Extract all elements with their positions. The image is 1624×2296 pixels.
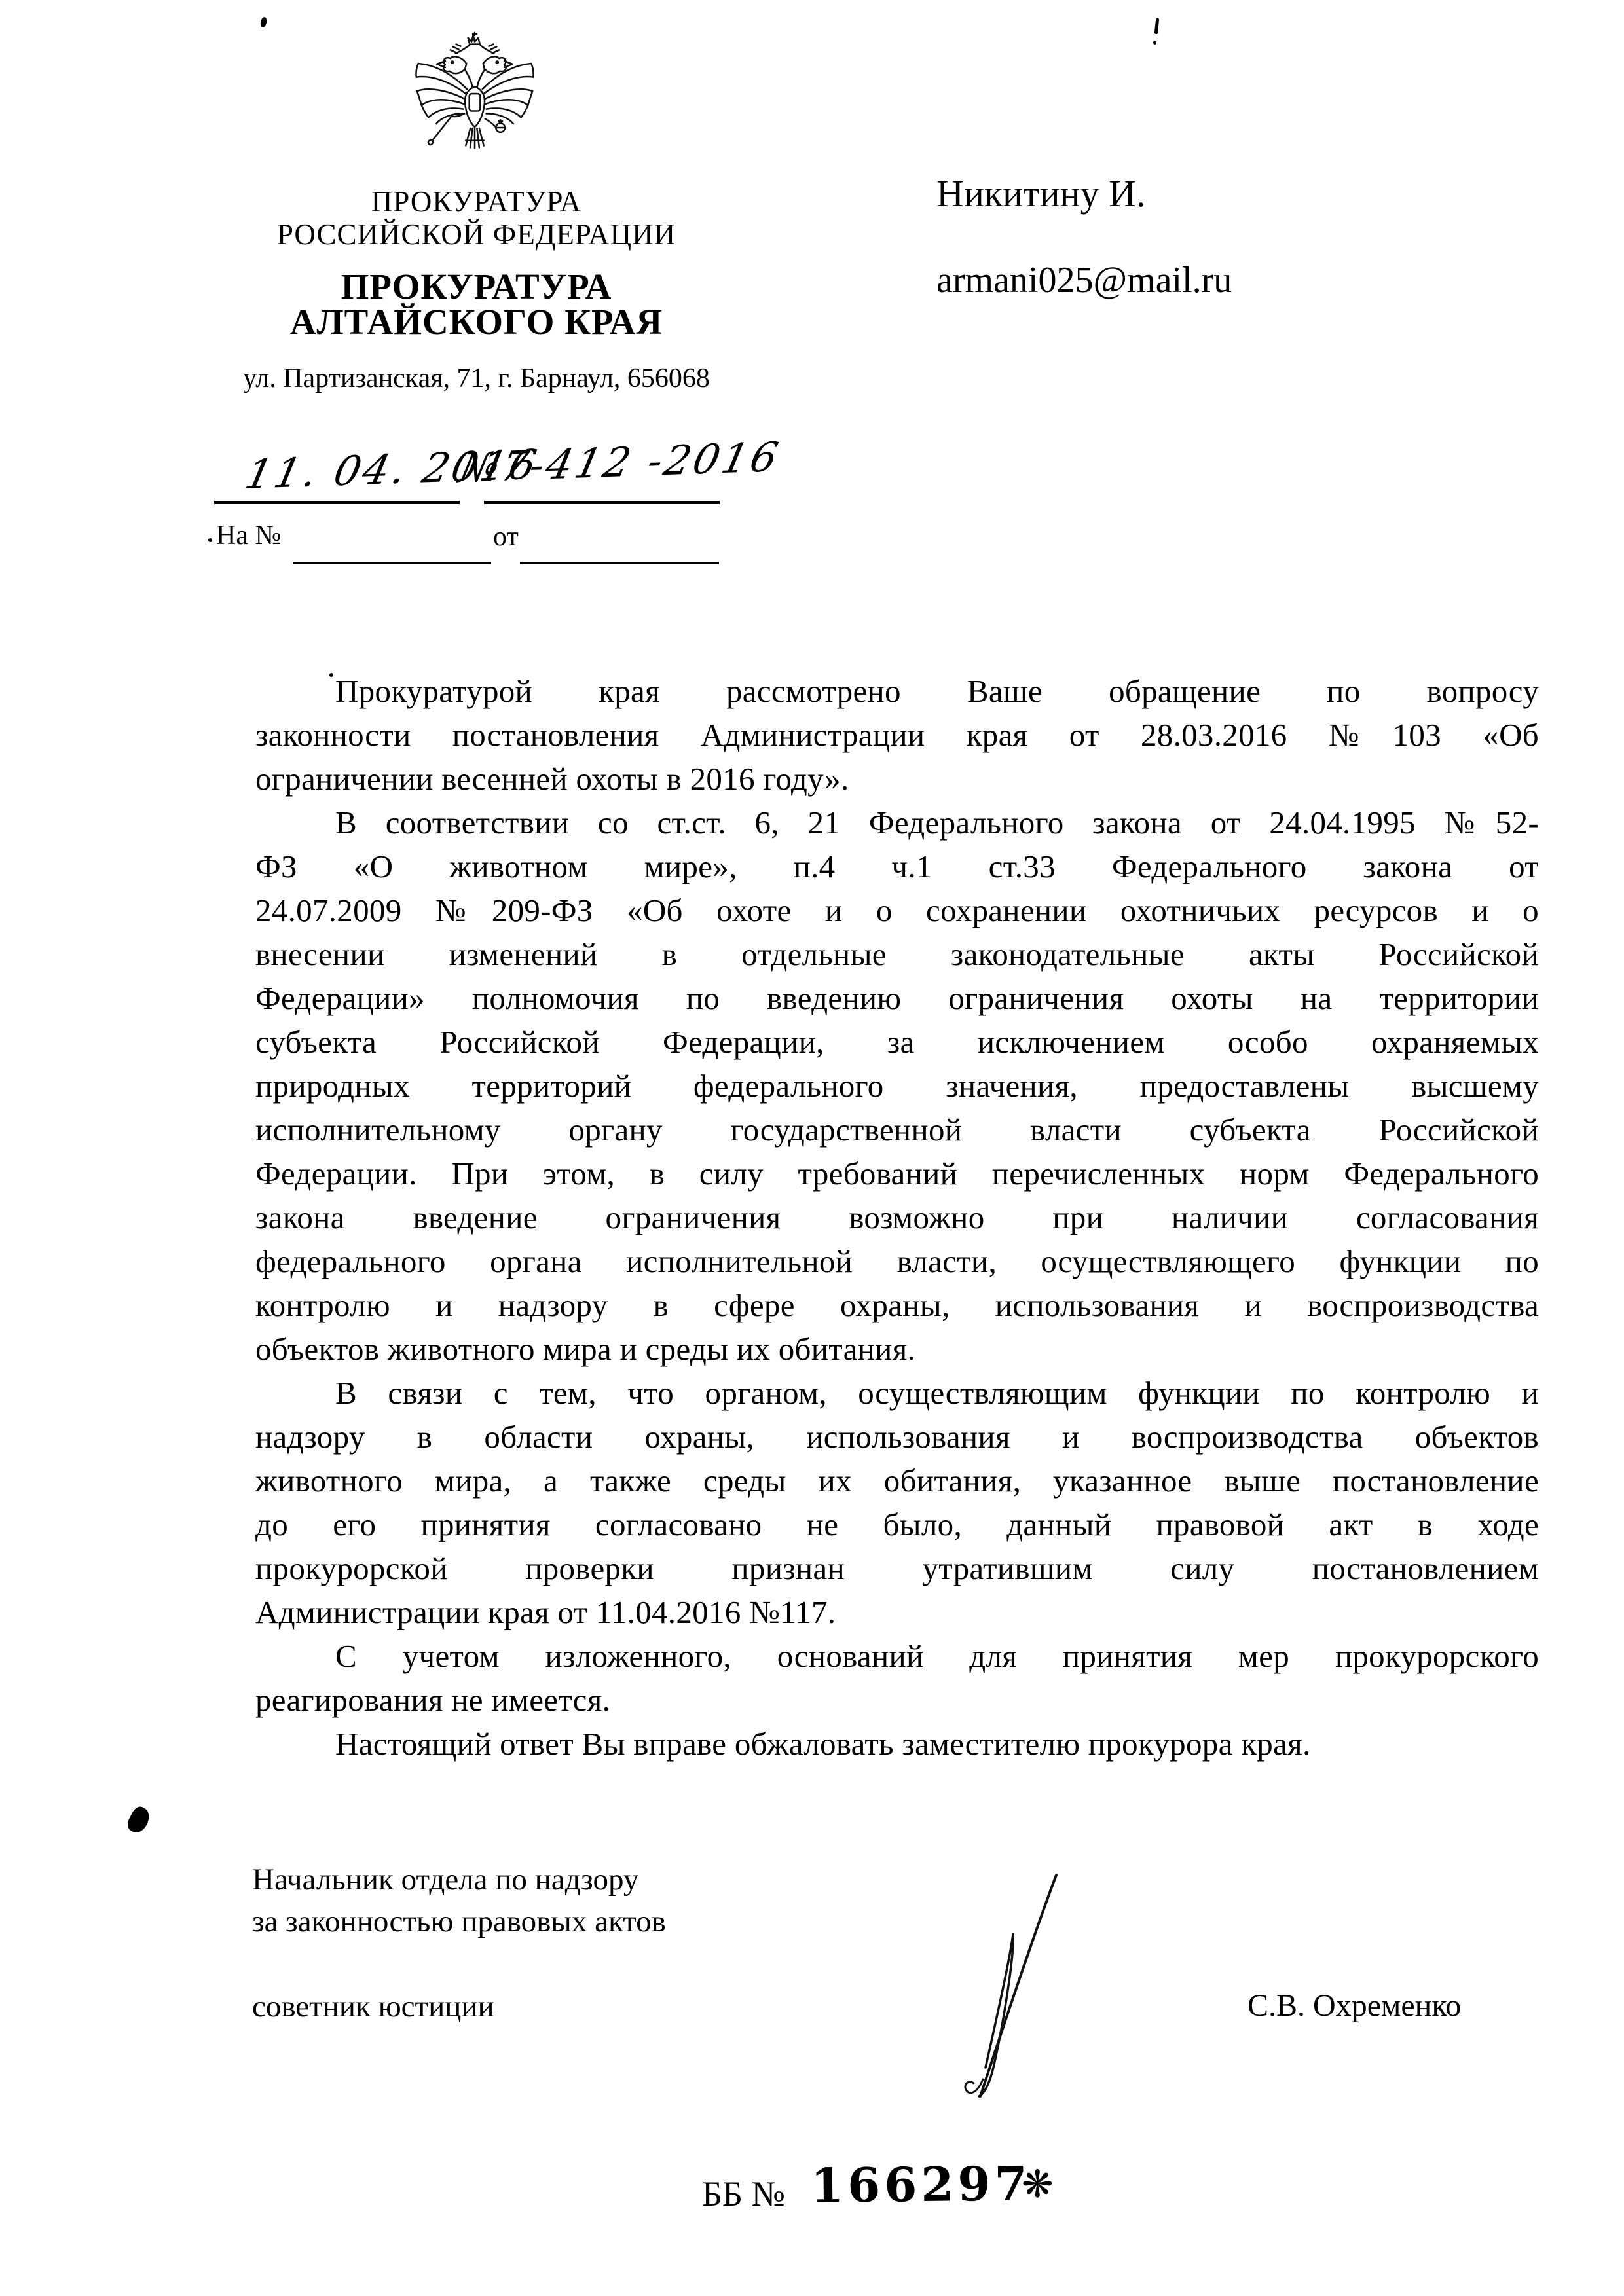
body-line: Федерации» полномочия по введению ограни… <box>255 976 1539 1020</box>
rosette-stamp-icon: ❋ <box>1022 2162 1054 2206</box>
body-line: 24.07.2009 №209-ФЗ «Об охоте и о сохране… <box>255 888 1539 932</box>
body-line: до его принятия согласовано не было, дан… <box>255 1503 1539 1546</box>
body-line: контролю и надзору в сфере охраны, испол… <box>255 1283 1539 1327</box>
stamp-number: 166297 <box>811 2155 1031 2214</box>
body-line: природных территорий федерального значен… <box>255 1064 1539 1108</box>
body-line: В связи с тем, что органом, осуществляющ… <box>255 1371 1539 1415</box>
date-underline <box>214 501 460 504</box>
body-line: животного мира, а также среды их обитани… <box>255 1459 1539 1503</box>
recipient-email: armani025@mail.ru <box>936 259 1232 301</box>
scan-artifact <box>1154 18 1159 34</box>
signer-rank: советник юстиции <box>252 1989 494 2024</box>
russia-double-headed-eagle-icon <box>411 30 539 161</box>
org-address: ул. Партизанская, 71, г. Барнаул, 656068 <box>216 363 737 394</box>
body-line: реагирования не имеется. <box>255 1678 1539 1722</box>
body-line: ФЗ «О животном мире», п.4 ч.1 ст.33 Феде… <box>255 845 1539 888</box>
body-line: законности постановления Администрации к… <box>255 713 1539 757</box>
signer-position-line2: за законностью правовых актов <box>252 1904 666 1939</box>
body-line: исполнительному органу государственной в… <box>255 1108 1539 1152</box>
org-caption-line1: ПРОКУРАТУРА <box>216 185 737 219</box>
scan-artifact <box>208 538 212 542</box>
body-line: закона введение ограничения возможно при… <box>255 1195 1539 1239</box>
body-line: Федерации. При этом, в силу требований п… <box>255 1152 1539 1195</box>
body-line: Настоящий ответ Вы вправе обжаловать зам… <box>255 1722 1539 1766</box>
body-line: субъекта Российской Федерации, за исключ… <box>255 1020 1539 1064</box>
body-line: внесении изменений в отдельные законодат… <box>255 932 1539 976</box>
handwritten-signature-icon <box>946 1871 1064 2100</box>
number-underline <box>484 501 720 504</box>
from-label: от <box>493 521 519 553</box>
body-line: федерального органа исполнительной власт… <box>255 1239 1539 1283</box>
org-caption-line2: РОССИЙСКОЙ ФЕДЕРАЦИИ <box>216 217 737 251</box>
scan-artifact <box>329 673 333 677</box>
body-line: Прокуратурой края рассмотрено Ваше обращ… <box>255 669 1539 713</box>
scan-artifact <box>1153 41 1156 45</box>
body-line: надзору в области охраны, использования … <box>255 1415 1539 1459</box>
reply-to-label: На № <box>216 520 282 551</box>
letter-body: Прокуратурой края рассмотрено Ваше обращ… <box>255 669 1539 1766</box>
signer-name: С.В. Охременко <box>1247 1988 1461 2024</box>
reply-number-blank-line <box>293 562 491 564</box>
from-date-blank-line <box>520 562 719 564</box>
body-line: прокурорской проверки признан утратившим… <box>255 1546 1539 1590</box>
scanned-letter-page: ПРОКУРАТУРА РОССИЙСКОЙ ФЕДЕРАЦИИ ПРОКУРА… <box>0 0 1624 2296</box>
body-line: Администрации края от 11.04.2016 №117. <box>255 1590 1539 1634</box>
scan-artifact <box>124 1804 153 1836</box>
recipient-name: Никитину И. <box>936 172 1145 215</box>
body-line: В соответствии со ст.ст. 6, 21 Федеральн… <box>255 801 1539 845</box>
body-line: объектов животного мира и среды их обита… <box>255 1327 1539 1371</box>
stamp-series-label: ББ № <box>702 2174 785 2214</box>
body-line: ограничении весенней охоты в 2016 году». <box>255 757 1539 801</box>
body-line: С учетом изложенного, оснований для прин… <box>255 1634 1539 1678</box>
scan-artifact <box>259 16 267 28</box>
signer-position-line1: Начальник отдела по надзору <box>252 1862 638 1897</box>
org-name-line2: АЛТАЙСКОГО КРАЯ <box>216 301 737 342</box>
